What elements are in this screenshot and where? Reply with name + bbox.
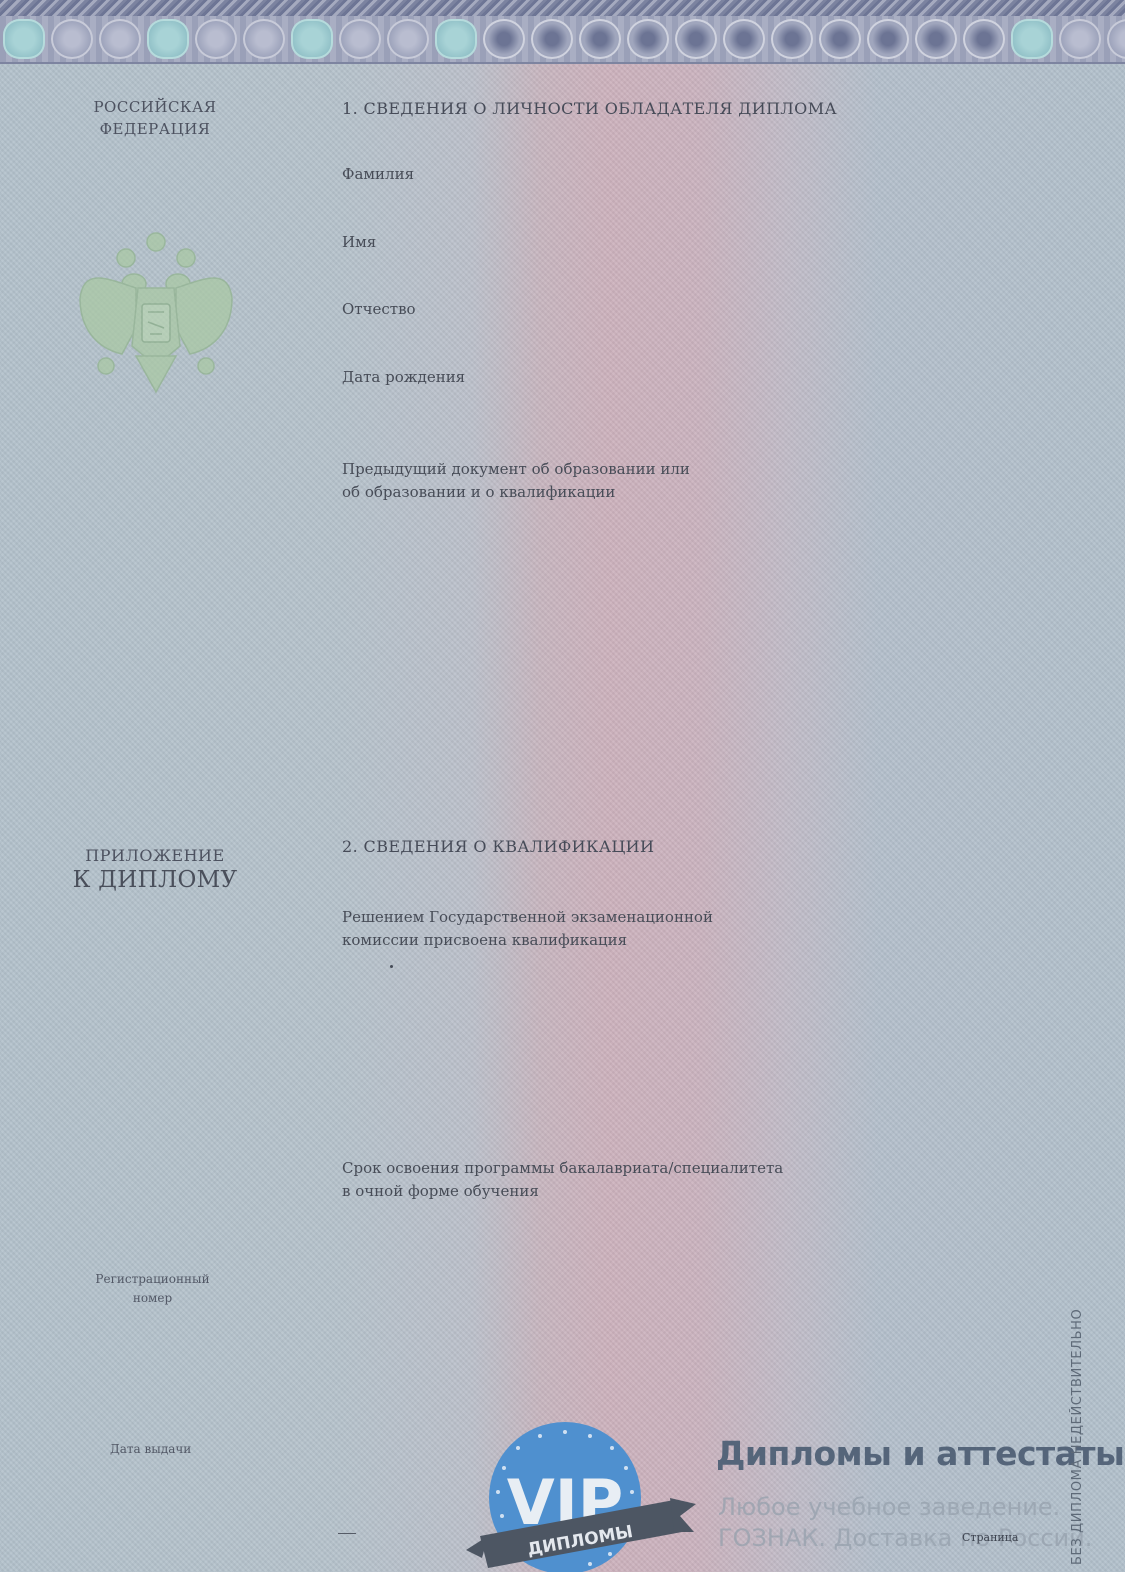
field-patronymic-label: Отчество [342, 300, 416, 318]
registration-number-label: Регистрационный номер [70, 1270, 235, 1308]
watermark-title: Дипломы и аттестаты [716, 1434, 1124, 1473]
field-mark-dot [390, 965, 393, 968]
ornamental-top-border [0, 0, 1125, 64]
watermark-subtitle-line-1: Любое учебное заведение. [718, 1493, 1060, 1521]
appendix-line-1: ПРИЛОЖЕНИЕ [60, 846, 250, 865]
qualification-decision-label: Решением Государственной экзаменационной… [342, 906, 713, 952]
field-birth-date-label: Дата рождения [342, 368, 465, 386]
issue-date-label: Дата выдачи [110, 1442, 191, 1456]
vertical-validity-note: БЕЗ ДИПЛОМА НЕДЕЙСТВИТЕЛЬНО [1070, 1290, 1100, 1565]
field-surname-label: Фамилия [342, 165, 414, 183]
section-1-title: 1. СВЕДЕНИЯ О ЛИЧНОСТИ ОБЛАДАТЕЛЯ ДИПЛОМ… [342, 99, 837, 118]
section-2-title: 2. СВЕДЕНИЯ О КВАЛИФИКАЦИИ [342, 837, 654, 856]
appendix-title: ПРИЛОЖЕНИЕ К ДИПЛОМУ [60, 846, 250, 893]
watermark-subtitle-line-2: ГОЗНАК. Доставка по России. [718, 1524, 1092, 1552]
study-duration-label: Срок освоения программы бакалавриата/спе… [342, 1157, 783, 1203]
field-mark [338, 1533, 356, 1534]
previous-document-label: Предыдущий документ об образовании или о… [342, 458, 690, 504]
russian-coat-of-arms-icon [76, 228, 236, 396]
vip-diplomas-logo: VIP ДИПЛОМЫ [460, 1408, 700, 1572]
country-name: РОССИЙСКАЯ ФЕДЕРАЦИЯ [70, 96, 240, 140]
guilloche-pattern [0, 0, 1125, 16]
ornament-chain [0, 16, 1125, 62]
appendix-line-2: К ДИПЛОМУ [60, 867, 250, 893]
page-label: Страница [962, 1531, 1018, 1544]
field-first-name-label: Имя [342, 233, 376, 251]
country-line-2: ФЕДЕРАЦИЯ [70, 118, 240, 140]
country-line-1: РОССИЙСКАЯ [70, 96, 240, 118]
